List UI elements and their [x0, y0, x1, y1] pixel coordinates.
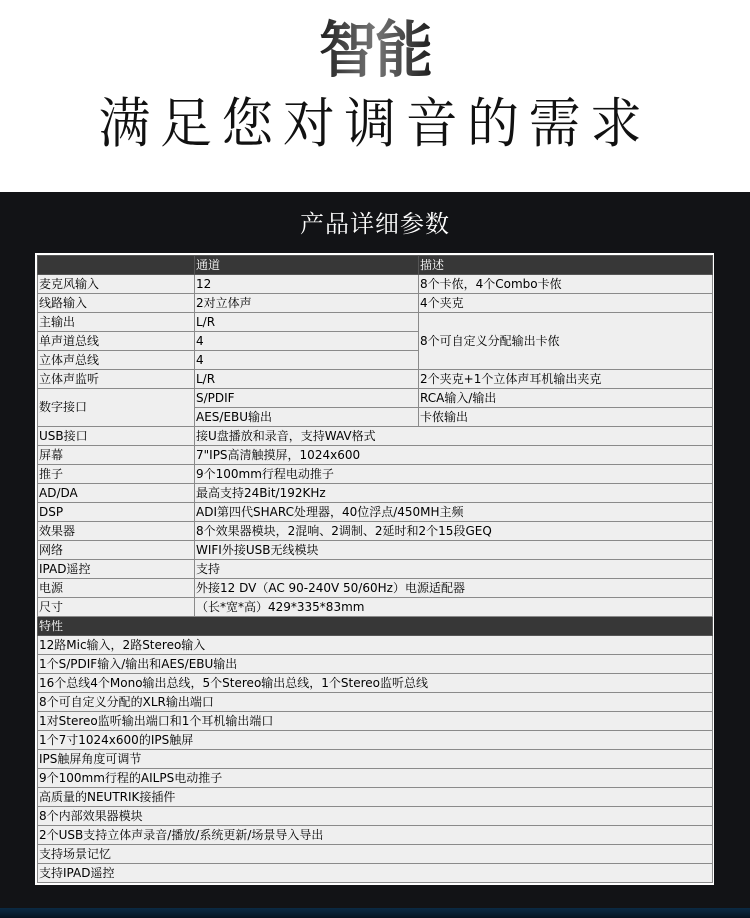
hero-banner: 智能 满足您对调音的需求: [0, 0, 750, 192]
table-row: 电源 外接12 DV（AC 90-240V 50/60Hz）电源适配器: [38, 579, 713, 598]
hero-title: 智能: [0, 16, 750, 83]
table-header-row: 通道 描述: [38, 256, 713, 275]
table-row: 屏幕 7"IPS高清触摸屏，1024x600: [38, 446, 713, 465]
spec-name: AD/DA: [38, 484, 195, 503]
spec-channel: 4: [195, 351, 419, 370]
spec-name: 立体声总线: [38, 351, 195, 370]
table-row: DSP ADI第四代SHARC处理器，40位浮点/450MH主频: [38, 503, 713, 522]
spec-channel: L/R: [195, 370, 419, 389]
feature-item: 9个100mm行程的AILPS电动推子: [38, 769, 713, 788]
spec-table: 通道 描述 麦克风输入 12 8个卡侬，4个Combo卡侬 线路输入 2对立体声…: [37, 255, 713, 883]
spec-value: 外接12 DV（AC 90-240V 50/60Hz）电源适配器: [195, 579, 713, 598]
spec-desc: 4个夹克: [419, 294, 713, 313]
spec-name: DSP: [38, 503, 195, 522]
hero-subtitle: 满足您对调音的需求: [15, 92, 735, 156]
spec-name: 效果器: [38, 522, 195, 541]
feature-item: 1对Stereo监听输出端口和1个耳机输出端口: [38, 712, 713, 731]
header-cell-description: 描述: [419, 256, 713, 275]
feature-item: 2个USB支持立体声录音/播放/系统更新/场景导入导出: [38, 826, 713, 845]
features-header-row: 特性: [38, 617, 713, 636]
header-cell-channel: 通道: [195, 256, 419, 275]
table-row: 线路输入 2对立体声 4个夹克: [38, 294, 713, 313]
spec-name: 尺寸: [38, 598, 195, 617]
feature-item: 高质量的NEUTRIK接插件: [38, 788, 713, 807]
spec-table-frame: 通道 描述 麦克风输入 12 8个卡侬，4个Combo卡侬 线路输入 2对立体声…: [35, 253, 714, 885]
spec-channel: AES/EBU输出: [195, 408, 419, 427]
spec-name: 电源: [38, 579, 195, 598]
feature-row: IPS触屏角度可调节: [38, 750, 713, 769]
feature-item: 支持IPAD遥控: [38, 864, 713, 883]
spec-desc-merged: 8个可自定义分配输出卡侬: [419, 313, 713, 370]
spec-name: 立体声监听: [38, 370, 195, 389]
feature-item: 8个内部效果器模块: [38, 807, 713, 826]
bottom-glow-bar: [0, 908, 750, 918]
feature-item: 1个7寸1024x600的IPS触屏: [38, 731, 713, 750]
spec-desc: 2个夹克+1个立体声耳机输出夹克: [419, 370, 713, 389]
feature-row: 支持场景记忆: [38, 845, 713, 864]
feature-item: 1个S/PDIF输入/输出和AES/EBU输出: [38, 655, 713, 674]
table-row: 数字接口 S/PDIF RCA输入/输出: [38, 389, 713, 408]
table-row: AD/DA 最高支持24Bit/192KHz: [38, 484, 713, 503]
spec-desc: RCA输入/输出: [419, 389, 713, 408]
feature-item: 支持场景记忆: [38, 845, 713, 864]
table-row: 效果器 8个效果器模块，2混响、2调制、2延时和2个15段GEQ: [38, 522, 713, 541]
feature-row: 8个可自定义分配的XLR输出端口: [38, 693, 713, 712]
feature-item: 12路Mic输入，2路Stereo输入: [38, 636, 713, 655]
spec-value: （长*宽*高）429*335*83mm: [195, 598, 713, 617]
feature-row: 高质量的NEUTRIK接插件: [38, 788, 713, 807]
table-row: 立体声监听 L/R 2个夹克+1个立体声耳机输出夹克: [38, 370, 713, 389]
feature-item: IPS触屏角度可调节: [38, 750, 713, 769]
spec-name: USB接口: [38, 427, 195, 446]
feature-row: 9个100mm行程的AILPS电动推子: [38, 769, 713, 788]
spec-desc: 卡侬输出: [419, 408, 713, 427]
spec-value: 支持: [195, 560, 713, 579]
table-row: 主输出 L/R 8个可自定义分配输出卡侬: [38, 313, 713, 332]
table-row: 推子 9个100mm行程电动推子: [38, 465, 713, 484]
spec-value: 最高支持24Bit/192KHz: [195, 484, 713, 503]
feature-row: 支持IPAD遥控: [38, 864, 713, 883]
panel-title: 产品详细参数: [0, 208, 750, 240]
spec-desc: 8个卡侬，4个Combo卡侬: [419, 275, 713, 294]
spec-channel: L/R: [195, 313, 419, 332]
spec-name: 主输出: [38, 313, 195, 332]
spec-value: 7"IPS高清触摸屏，1024x600: [195, 446, 713, 465]
spec-value: 8个效果器模块，2混响、2调制、2延时和2个15段GEQ: [195, 522, 713, 541]
features-header: 特性: [38, 617, 713, 636]
header-cell-blank: [38, 256, 195, 275]
spec-panel: 产品详细参数 通道 描述 麦克风输入 12 8个卡侬，4个Combo卡侬 线路输…: [0, 192, 750, 918]
spec-name: 线路输入: [38, 294, 195, 313]
feature-item: 16个总线4个Mono输出总线，5个Stereo输出总线，1个Stereo监听总…: [38, 674, 713, 693]
feature-row: 1个S/PDIF输入/输出和AES/EBU输出: [38, 655, 713, 674]
spec-value: 9个100mm行程电动推子: [195, 465, 713, 484]
table-row: 麦克风输入 12 8个卡侬，4个Combo卡侬: [38, 275, 713, 294]
spec-value: 接U盘播放和录音，支持WAV格式: [195, 427, 713, 446]
feature-row: 16个总线4个Mono输出总线，5个Stereo输出总线，1个Stereo监听总…: [38, 674, 713, 693]
spec-name: IPAD遥控: [38, 560, 195, 579]
table-row: 网络 WIFI外接USB无线模块: [38, 541, 713, 560]
feature-row: 1对Stereo监听输出端口和1个耳机输出端口: [38, 712, 713, 731]
spec-name: 屏幕: [38, 446, 195, 465]
table-row: USB接口 接U盘播放和录音，支持WAV格式: [38, 427, 713, 446]
feature-row: 8个内部效果器模块: [38, 807, 713, 826]
spec-name: 网络: [38, 541, 195, 560]
table-row: 尺寸 （长*宽*高）429*335*83mm: [38, 598, 713, 617]
feature-row: 1个7寸1024x600的IPS触屏: [38, 731, 713, 750]
spec-value: ADI第四代SHARC处理器，40位浮点/450MH主频: [195, 503, 713, 522]
spec-name: 推子: [38, 465, 195, 484]
spec-channel: 4: [195, 332, 419, 351]
spec-value: WIFI外接USB无线模块: [195, 541, 713, 560]
spec-channel: 2对立体声: [195, 294, 419, 313]
feature-row: 2个USB支持立体声录音/播放/系统更新/场景导入导出: [38, 826, 713, 845]
spec-channel: 12: [195, 275, 419, 294]
spec-channel: S/PDIF: [195, 389, 419, 408]
table-row: IPAD遥控 支持: [38, 560, 713, 579]
feature-item: 8个可自定义分配的XLR输出端口: [38, 693, 713, 712]
feature-row: 12路Mic输入，2路Stereo输入: [38, 636, 713, 655]
spec-name: 麦克风输入: [38, 275, 195, 294]
spec-name: 单声道总线: [38, 332, 195, 351]
spec-name-merged: 数字接口: [38, 389, 195, 427]
